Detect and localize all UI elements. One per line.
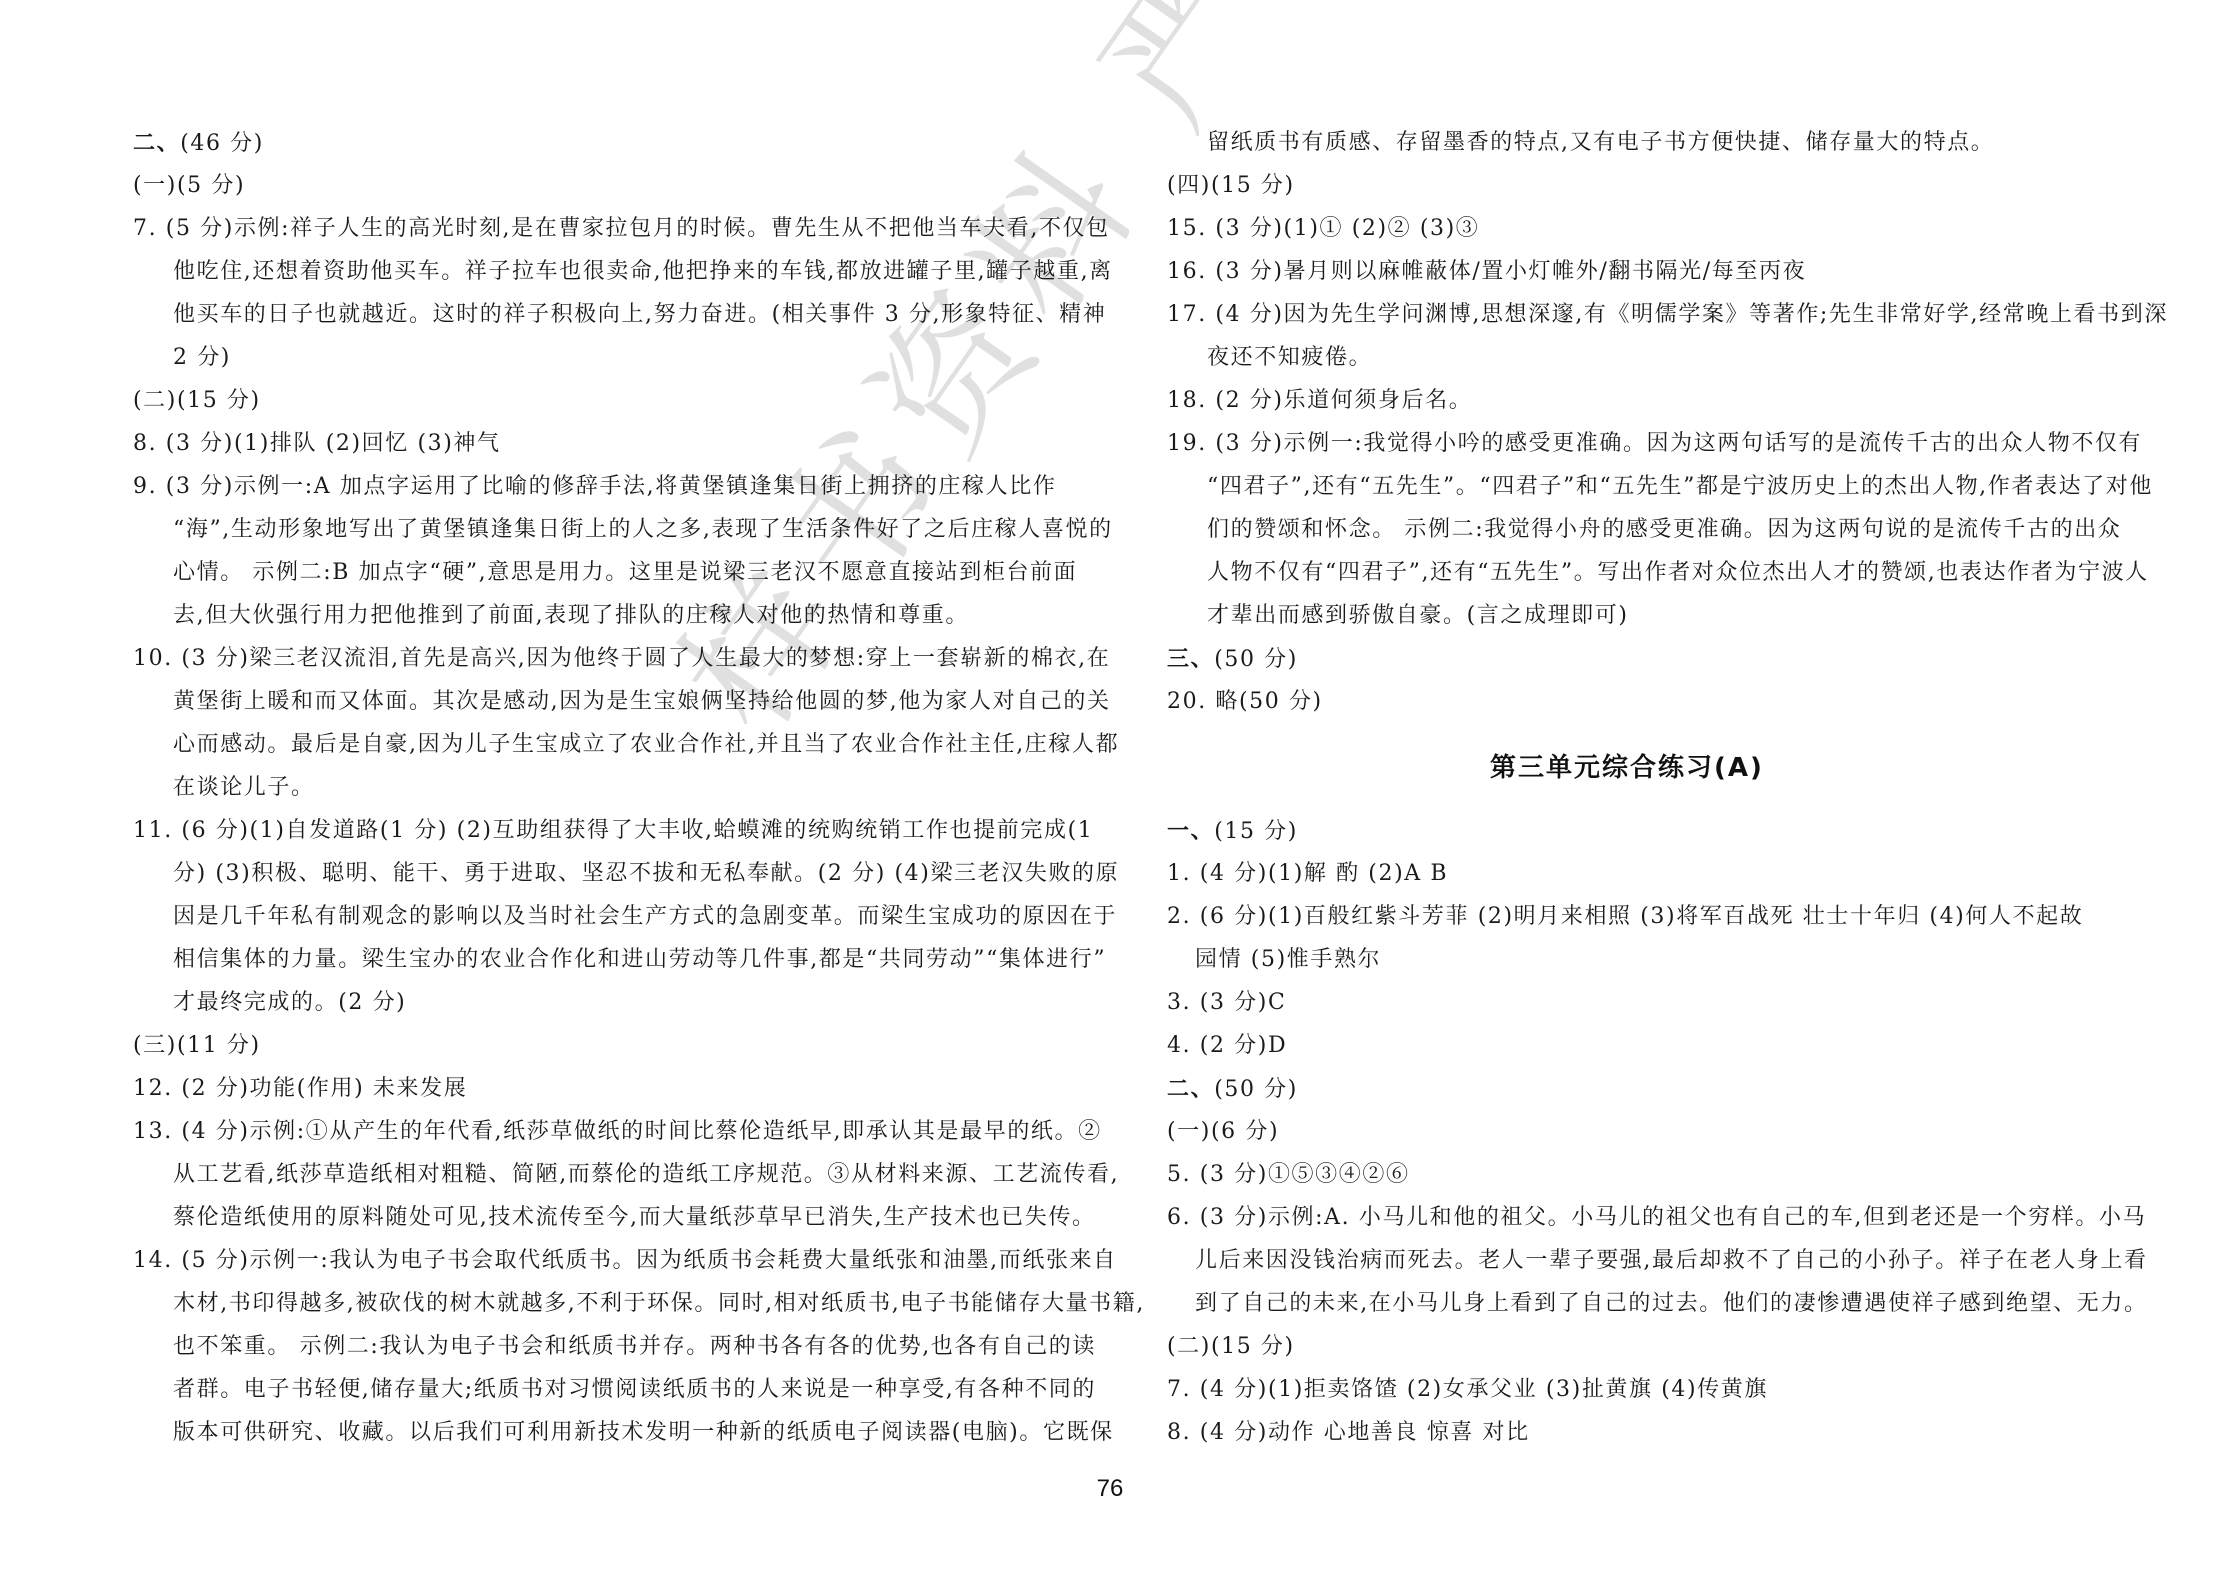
right-column-line: 们的赞颂和怀念。 示例二:我觉得小舟的感受更准确。因为这两句说的是流传千古的出众 [1207, 515, 2121, 545]
right-column-line: 4. (2 分)D [1167, 1031, 1287, 1061]
left-column-line: 在谈论儿子。 [173, 773, 315, 803]
left-column-line: (三)(11 分) [133, 1031, 261, 1061]
right-column-line: (一)(6 分) [1167, 1117, 1279, 1147]
left-column-line: 2 分) [173, 343, 231, 373]
left-column-line: 因是几千年私有制观念的影响以及当时社会生产方式的急剧变革。而梁生宝成功的原因在于 [173, 902, 1117, 932]
left-column-line: 蔡伦造纸使用的原料随处可见,技术流传至今,而大量纸莎草早已消失,生产技术也已失传… [173, 1203, 1096, 1233]
right-column-line: 1. (4 分)(1)解 酌 (2)A B [1167, 859, 1448, 889]
left-column-line: 13. (4 分)示例:①从产生的年代看,纸莎草做纸的时间比蔡伦造纸早,即承认其… [133, 1117, 1102, 1147]
right-column-line: 20. 略(50 分) [1167, 687, 1323, 717]
left-column-line: 黄堡街上暖和而又体面。其次是感动,因为是生宝娘俩坚持给他圆的梦,他为家人对自己的… [173, 687, 1111, 717]
left-column-line: 7. (5 分)示例:祥子人生的高光时刻,是在曹家拉包月的时候。曹先生从不把他当… [133, 214, 1110, 244]
section-numeral: 二、 [1167, 1076, 1214, 1102]
left-column-line: 心而感动。最后是自豪,因为儿子生宝成立了农业合作社,并且当了农业合作社主任,庄稼… [173, 730, 1119, 760]
right-column-line: (二)(15 分) [1167, 1332, 1295, 1362]
left-column-line: 8. (3 分)(1)排队 (2)回忆 (3)神气 [133, 429, 501, 459]
right-column-line: 18. (2 分)乐道何须身后名。 [1167, 386, 1472, 416]
section-title: 第三单元综合练习(A) [1167, 752, 2087, 784]
right-column-line: 三、(50 分) [1167, 644, 1298, 675]
right-column-line: 16. (3 分)暑月则以麻帷蔽体/置小灯帷外/翻书隔光/每至丙夜 [1167, 257, 1806, 287]
right-column-line: 7. (4 分)(1)拒卖饹馇 (2)女承父业 (3)扯黄旗 (4)传黄旗 [1167, 1375, 1768, 1405]
right-column-line: 17. (4 分)因为先生学问渊博,思想深邃,有《明儒学案》等著作;先生非常好学… [1167, 300, 2168, 330]
left-column-line: 11. (6 分)(1)自发道路(1 分) (2)互助组获得了大丰收,蛤蟆滩的统… [133, 816, 1093, 846]
left-column-line: 才最终完成的。(2 分) [173, 988, 406, 1018]
answer-key-page: 样书资料 严禁外传 二、(46 分)(一)(5 分)7. (5 分)示例:祥子人… [0, 0, 2220, 1571]
left-column-line: 他吃住,还想着资助他买车。祥子拉车也很卖命,他把挣来的车钱,都放进罐子里,罐子越… [173, 257, 1113, 287]
left-column-line: 木材,书印得越多,被砍伐的树木就越多,不利于环保。同时,相对纸质书,电子书能储存… [173, 1289, 1145, 1319]
right-column-line: 园情 (5)惟手熟尔 [1195, 945, 1381, 975]
right-column-line: 8. (4 分)动作 心地善良 惊喜 对比 [1167, 1418, 1530, 1448]
right-column-line: 才辈出而感到骄傲自豪。(言之成理即可) [1207, 601, 1629, 631]
right-column-line: 19. (3 分)示例一:我觉得小吟的感受更准确。因为这两句话写的是流传千古的出… [1167, 429, 2142, 459]
left-column-line: 去,但大伙强行用力把他推到了前面,表现了排队的庄稼人对他的热情和尊重。 [173, 601, 969, 631]
right-column-line: 儿后来因没钱治病而死去。老人一辈子要强,最后却救不了自己的小孙子。祥子在老人身上… [1195, 1246, 2148, 1276]
right-column-line: 二、(50 分) [1167, 1074, 1298, 1105]
left-column-line: 相信集体的力量。梁生宝办的农业合作化和进山劳动等几件事,都是“共同劳动”“集体进… [173, 945, 1106, 975]
right-column-line: 夜还不知疲倦。 [1207, 343, 1372, 373]
left-column-line: 12. (2 分)功能(作用) 未来发展 [133, 1074, 467, 1104]
right-column-line: (四)(15 分) [1167, 171, 1295, 201]
left-column-line: 10. (3 分)梁三老汉流泪,首先是高兴,因为他终于圆了人生最大的梦想:穿上一… [133, 644, 1110, 674]
left-column-line: (一)(5 分) [133, 171, 245, 201]
right-column-line: 3. (3 分)C [1167, 988, 1286, 1018]
left-column-line: 也不笨重。 示例二:我认为电子书会和纸质书并存。两种书各有各的优势,也各有自己的… [173, 1332, 1096, 1362]
left-column-line: 二、(46 分) [133, 128, 264, 159]
right-column-line: 人物不仅有“四君子”,还有“五先生”。写出作者对众位杰出人才的赞颂,也表达作者为… [1207, 558, 2149, 588]
left-column-line: 从工艺看,纸莎草造纸相对粗糙、简陋,而蔡伦的造纸工序规范。③从材料来源、工艺流传… [173, 1160, 1119, 1190]
left-column-line: 9. (3 分)示例一:A 加点字运用了比喻的修辞手法,将黄堡镇逢集日街上拥挤的… [133, 472, 1056, 502]
left-column-line: “海”,生动形象地写出了黄堡镇逢集日街上的人之多,表现了生活条件好了之后庄稼人喜… [173, 515, 1113, 545]
right-column-line: 5. (3 分)①⑤③④②⑥ [1167, 1160, 1410, 1190]
left-column-line: (二)(15 分) [133, 386, 261, 416]
right-column-line: 留纸质书有质感、存留墨香的特点,又有电子书方便快捷、储存量大的特点。 [1207, 128, 1994, 158]
left-column-line: 者群。电子书轻便,储存量大;纸质书对习惯阅读纸质书的人来说是一种享受,有各种不同… [173, 1375, 1096, 1405]
section-numeral: 二、 [133, 130, 180, 156]
right-column-line: 一、(15 分) [1167, 816, 1298, 847]
right-column-line: 15. (3 分)(1)① (2)② (3)③ [1167, 214, 1479, 244]
right-column-line: 到了自己的未来,在小马儿身上看到了自己的过去。他们的凄惨遭遇使祥子感到绝望、无力… [1195, 1289, 2148, 1319]
left-column-line: 分) (3)积极、聪明、能干、勇于进取、坚忍不拔和无私奉献。(2 分) (4)梁… [173, 859, 1119, 889]
left-column-line: 心情。 示例二:B 加点字“硬”,意思是用力。这里是说梁三老汉不愿意直接站到柜台… [173, 558, 1077, 588]
left-column-line: 他买车的日子也就越近。这时的祥子积极向上,努力奋进。(相关事件 3 分,形象特征… [173, 300, 1106, 330]
page-number: 76 [1080, 1475, 1140, 1503]
left-column-line: 14. (5 分)示例一:我认为电子书会取代纸质书。因为纸质书会耗费大量纸张和油… [133, 1246, 1117, 1276]
section-numeral: 一、 [1167, 818, 1214, 844]
right-column-line: “四君子”,还有“五先生”。“四君子”和“五先生”都是宁波历史上的杰出人物,作者… [1207, 472, 2153, 502]
right-column-line: 2. (6 分)(1)百般红紫斗芳菲 (2)明月来相照 (3)将军百战死 壮士十… [1167, 902, 2083, 932]
left-column-line: 版本可供研究、收藏。以后我们可利用新技术发明一种新的纸质电子阅读器(电脑)。它既… [173, 1418, 1114, 1448]
right-column-line: 6. (3 分)示例:A. 小马儿和他的祖父。小马儿的祖父也有自己的车,但到老还… [1167, 1203, 2146, 1233]
section-numeral: 三、 [1167, 646, 1214, 672]
